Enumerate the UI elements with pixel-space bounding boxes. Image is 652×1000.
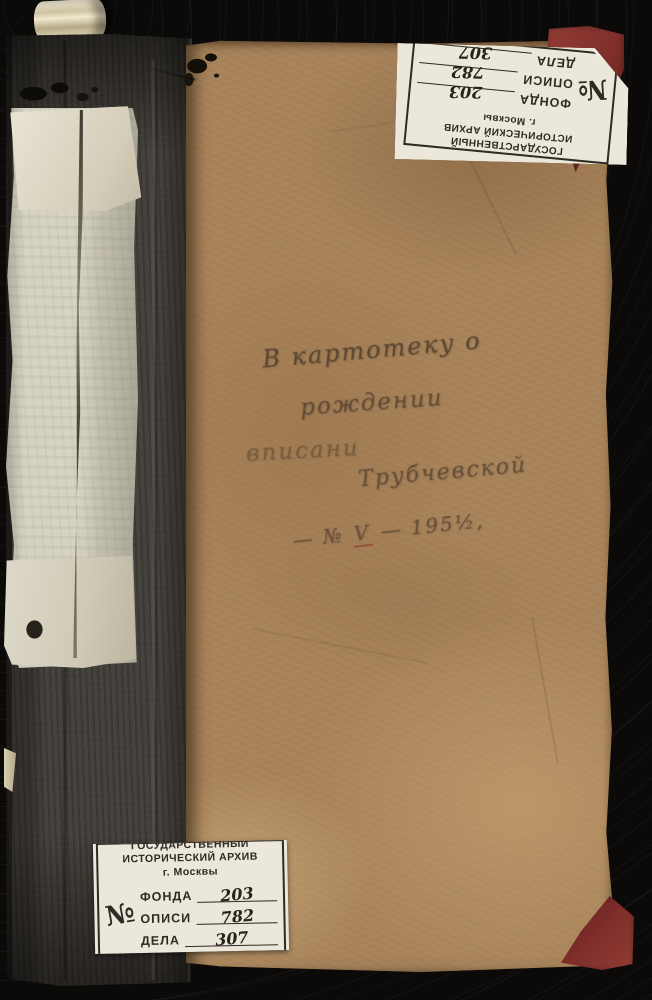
spine-repair-tape-top xyxy=(10,106,142,214)
stamp-field-delo: ДЕЛА 307 xyxy=(141,925,278,949)
numero-sign: № xyxy=(577,74,609,103)
numero-sign: № xyxy=(103,899,137,931)
opis-number: 782 xyxy=(220,906,255,928)
tape-hole xyxy=(26,620,43,639)
archival-book-scan: ГОСУДАРСТВЕННЫЙ ИСТОРИЧЕСКИЙ АРХИВ г. Мо… xyxy=(0,0,652,1000)
spine-repair-tape-bottom xyxy=(4,556,136,668)
archive-stamp: ГОСУДАРСТВЕННЫЙ ИСТОРИЧЕСКИЙ АРХИВ г. Мо… xyxy=(403,34,619,165)
ink-blot-spine xyxy=(14,76,102,110)
archive-label-bottom: ГОСУДАРСТВЕННЫЙ ИСТОРИЧЕСКИЙ АРХИВ г. Мо… xyxy=(93,840,289,954)
ink-blot-cover xyxy=(176,44,222,92)
fond-number: 203 xyxy=(220,884,255,906)
archive-name: ГОСУДАРСТВЕННЫЙ ИСТОРИЧЕСКИЙ АРХИВ г. Мо… xyxy=(104,840,277,881)
underlined-roman-numeral: V xyxy=(351,520,374,548)
stamp-field-fond: ФОНДА 203 xyxy=(140,881,277,905)
fond-number: 203 xyxy=(448,82,482,102)
archive-label-top: ГОСУДАРСТВЕННЫЙ ИСТОРИЧЕСКИЙ АРХИВ г. Мо… xyxy=(395,43,630,165)
book-cover-board xyxy=(186,40,614,972)
opis-number: 782 xyxy=(451,62,485,82)
delo-number: 307 xyxy=(459,43,493,63)
archive-stamp: ГОСУДАРСТВЕННЫЙ ИСТОРИЧЕСКИЙ АРХИВ г. Мо… xyxy=(96,840,286,954)
delo-number: 307 xyxy=(214,928,249,950)
stamp-field-opis: ОПИСИ 782 xyxy=(140,903,277,927)
